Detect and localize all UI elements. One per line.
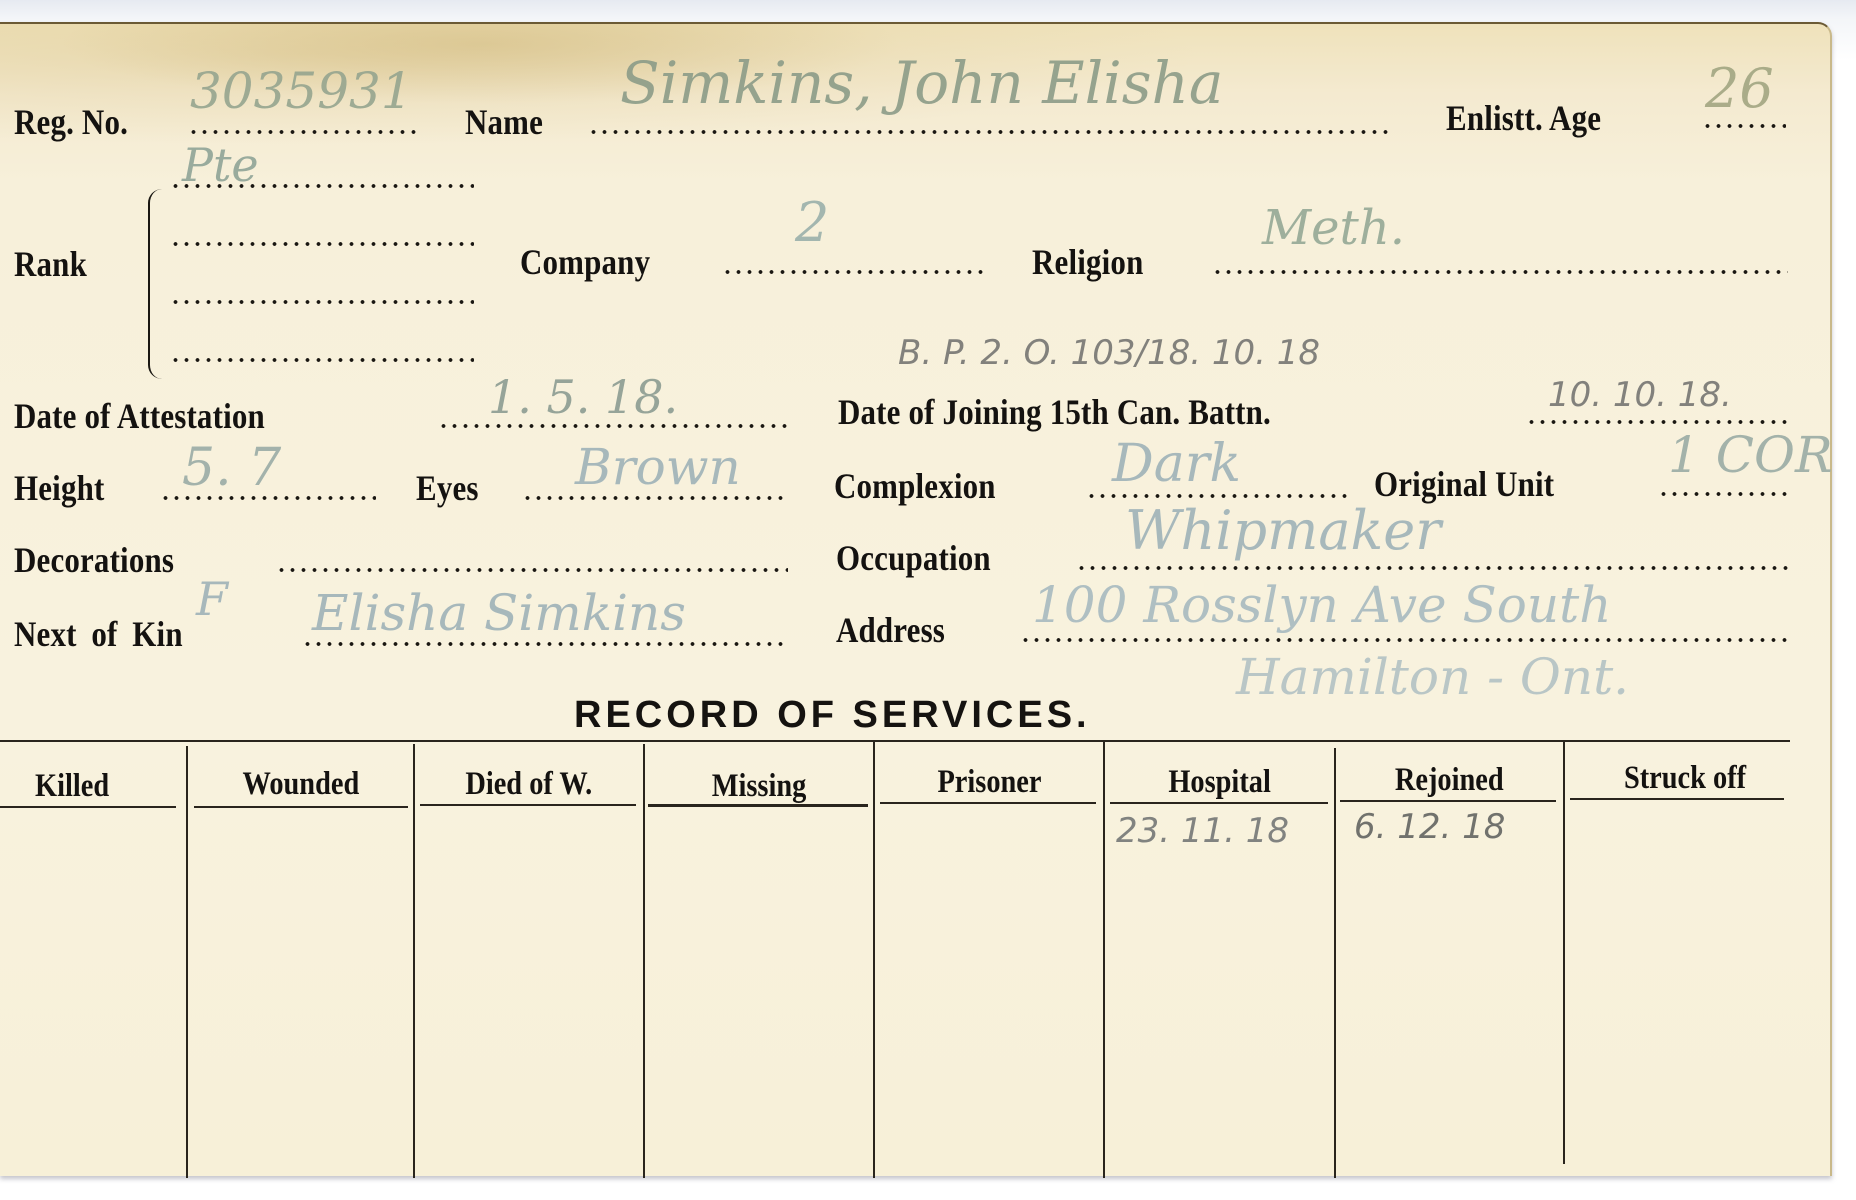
column-divider: [1563, 740, 1565, 1164]
reg-no-label: Reg. No.: [14, 104, 128, 140]
column-header-wounded: Wounded: [188, 762, 413, 806]
next-of-kin-relation: F: [196, 576, 228, 622]
rank-label: Rank: [14, 246, 87, 282]
date-of-joining-dotted-line: [1526, 420, 1788, 424]
address-value-line2: Hamilton - Ont.: [1236, 652, 1629, 702]
rank-value-1: Pte: [182, 142, 259, 188]
date-of-attestation-label: Date of Attestation: [14, 398, 265, 434]
complexion-dotted-line: [1086, 494, 1350, 498]
name-label: Name: [465, 104, 543, 140]
original-unit-value: 1 COR: [1668, 430, 1833, 480]
column-divider: [1103, 740, 1105, 1178]
decorations-dotted-line: [276, 568, 788, 572]
religion-dotted-line: [1212, 270, 1788, 274]
column-header-killed: Killed: [0, 764, 144, 808]
company-dotted-line: [722, 270, 984, 274]
rank-dotted-line-4: [170, 358, 474, 362]
rank-dotted-line-3: [170, 300, 474, 304]
original-unit-dotted-line: [1658, 492, 1788, 496]
rejoined-date-value: 6. 12. 18: [1354, 810, 1505, 850]
date-of-attestation-value: 1. 5. 18.: [488, 374, 678, 420]
rank-dotted-line-1: [170, 184, 474, 188]
service-record-card: Reg. No. 3035931 Name Simkins, John Elis…: [0, 22, 1832, 1176]
height-label: Height: [14, 470, 104, 506]
column-header-missing: Missing: [645, 764, 873, 808]
address-dotted-line: [1020, 638, 1788, 642]
company-label: Company: [520, 244, 650, 280]
rank-dotted-line-2: [170, 242, 474, 246]
height-value: 5. 7: [182, 442, 281, 494]
next-of-kin-dotted-line: [302, 642, 788, 646]
eyes-label: Eyes: [416, 470, 479, 506]
occupation-value: Whipmaker: [1125, 504, 1441, 558]
header-underline: [194, 806, 408, 808]
column-header-prisoner: Prisoner: [875, 760, 1103, 804]
enlist-age-dotted-line: [1702, 124, 1786, 128]
column-divider: [643, 744, 645, 1178]
column-divider: [413, 744, 415, 1178]
eyes-dotted-line: [522, 496, 788, 500]
name-dotted-line: [588, 130, 1392, 134]
date-of-joining-value: 10. 10. 18.: [1548, 378, 1732, 412]
company-value: 2: [795, 196, 829, 250]
address-value-line1: 100 Rosslyn Ave South: [1032, 580, 1611, 630]
religion-value: Meth.: [1262, 204, 1405, 252]
enlist-age-label: Enlistt. Age: [1446, 100, 1601, 136]
address-label: Address: [836, 612, 945, 648]
next-of-kin-value: Elisha Simkins: [312, 588, 686, 638]
hospital-date-value: 23. 11. 18: [1116, 814, 1289, 854]
decorations-label: Decorations: [14, 542, 174, 578]
reg-no-dotted-line: [188, 130, 416, 134]
date-of-attestation-dotted-line: [438, 424, 788, 428]
reg-no-value: 3035931: [190, 66, 413, 116]
occupation-dotted-line: [1076, 566, 1788, 570]
complexion-value: Dark: [1112, 438, 1241, 490]
column-header-died-of-wounds: Died of W.: [415, 762, 643, 806]
column-header-struck-off: Struck off: [1565, 756, 1805, 800]
date-of-joining-label: Date of Joining 15th Can. Battn.: [838, 394, 1271, 430]
table-top-rule: [0, 740, 1790, 742]
religion-label: Religion: [1032, 244, 1143, 280]
eyes-value: Brown: [575, 442, 741, 492]
enlist-age-value: 26: [1705, 62, 1774, 116]
column-header-hospital: Hospital: [1105, 760, 1334, 804]
column-divider: [1334, 748, 1336, 1178]
name-value: Simkins, John Elisha: [620, 54, 1223, 112]
column-divider: [186, 746, 188, 1178]
next-of-kin-label: Next of Kin: [14, 616, 183, 652]
column-header-rejoined: Rejoined: [1336, 758, 1563, 802]
rank-brace: [148, 189, 164, 379]
occupation-label: Occupation: [836, 540, 991, 576]
column-divider: [873, 742, 875, 1178]
original-unit-label: Original Unit: [1374, 466, 1554, 502]
battalion-order-annotation: B. P. 2. O. 103/18. 10. 18: [898, 336, 1320, 370]
complexion-label: Complexion: [834, 468, 996, 504]
record-of-services-title: RECORD OF SERVICES.: [574, 694, 1091, 737]
